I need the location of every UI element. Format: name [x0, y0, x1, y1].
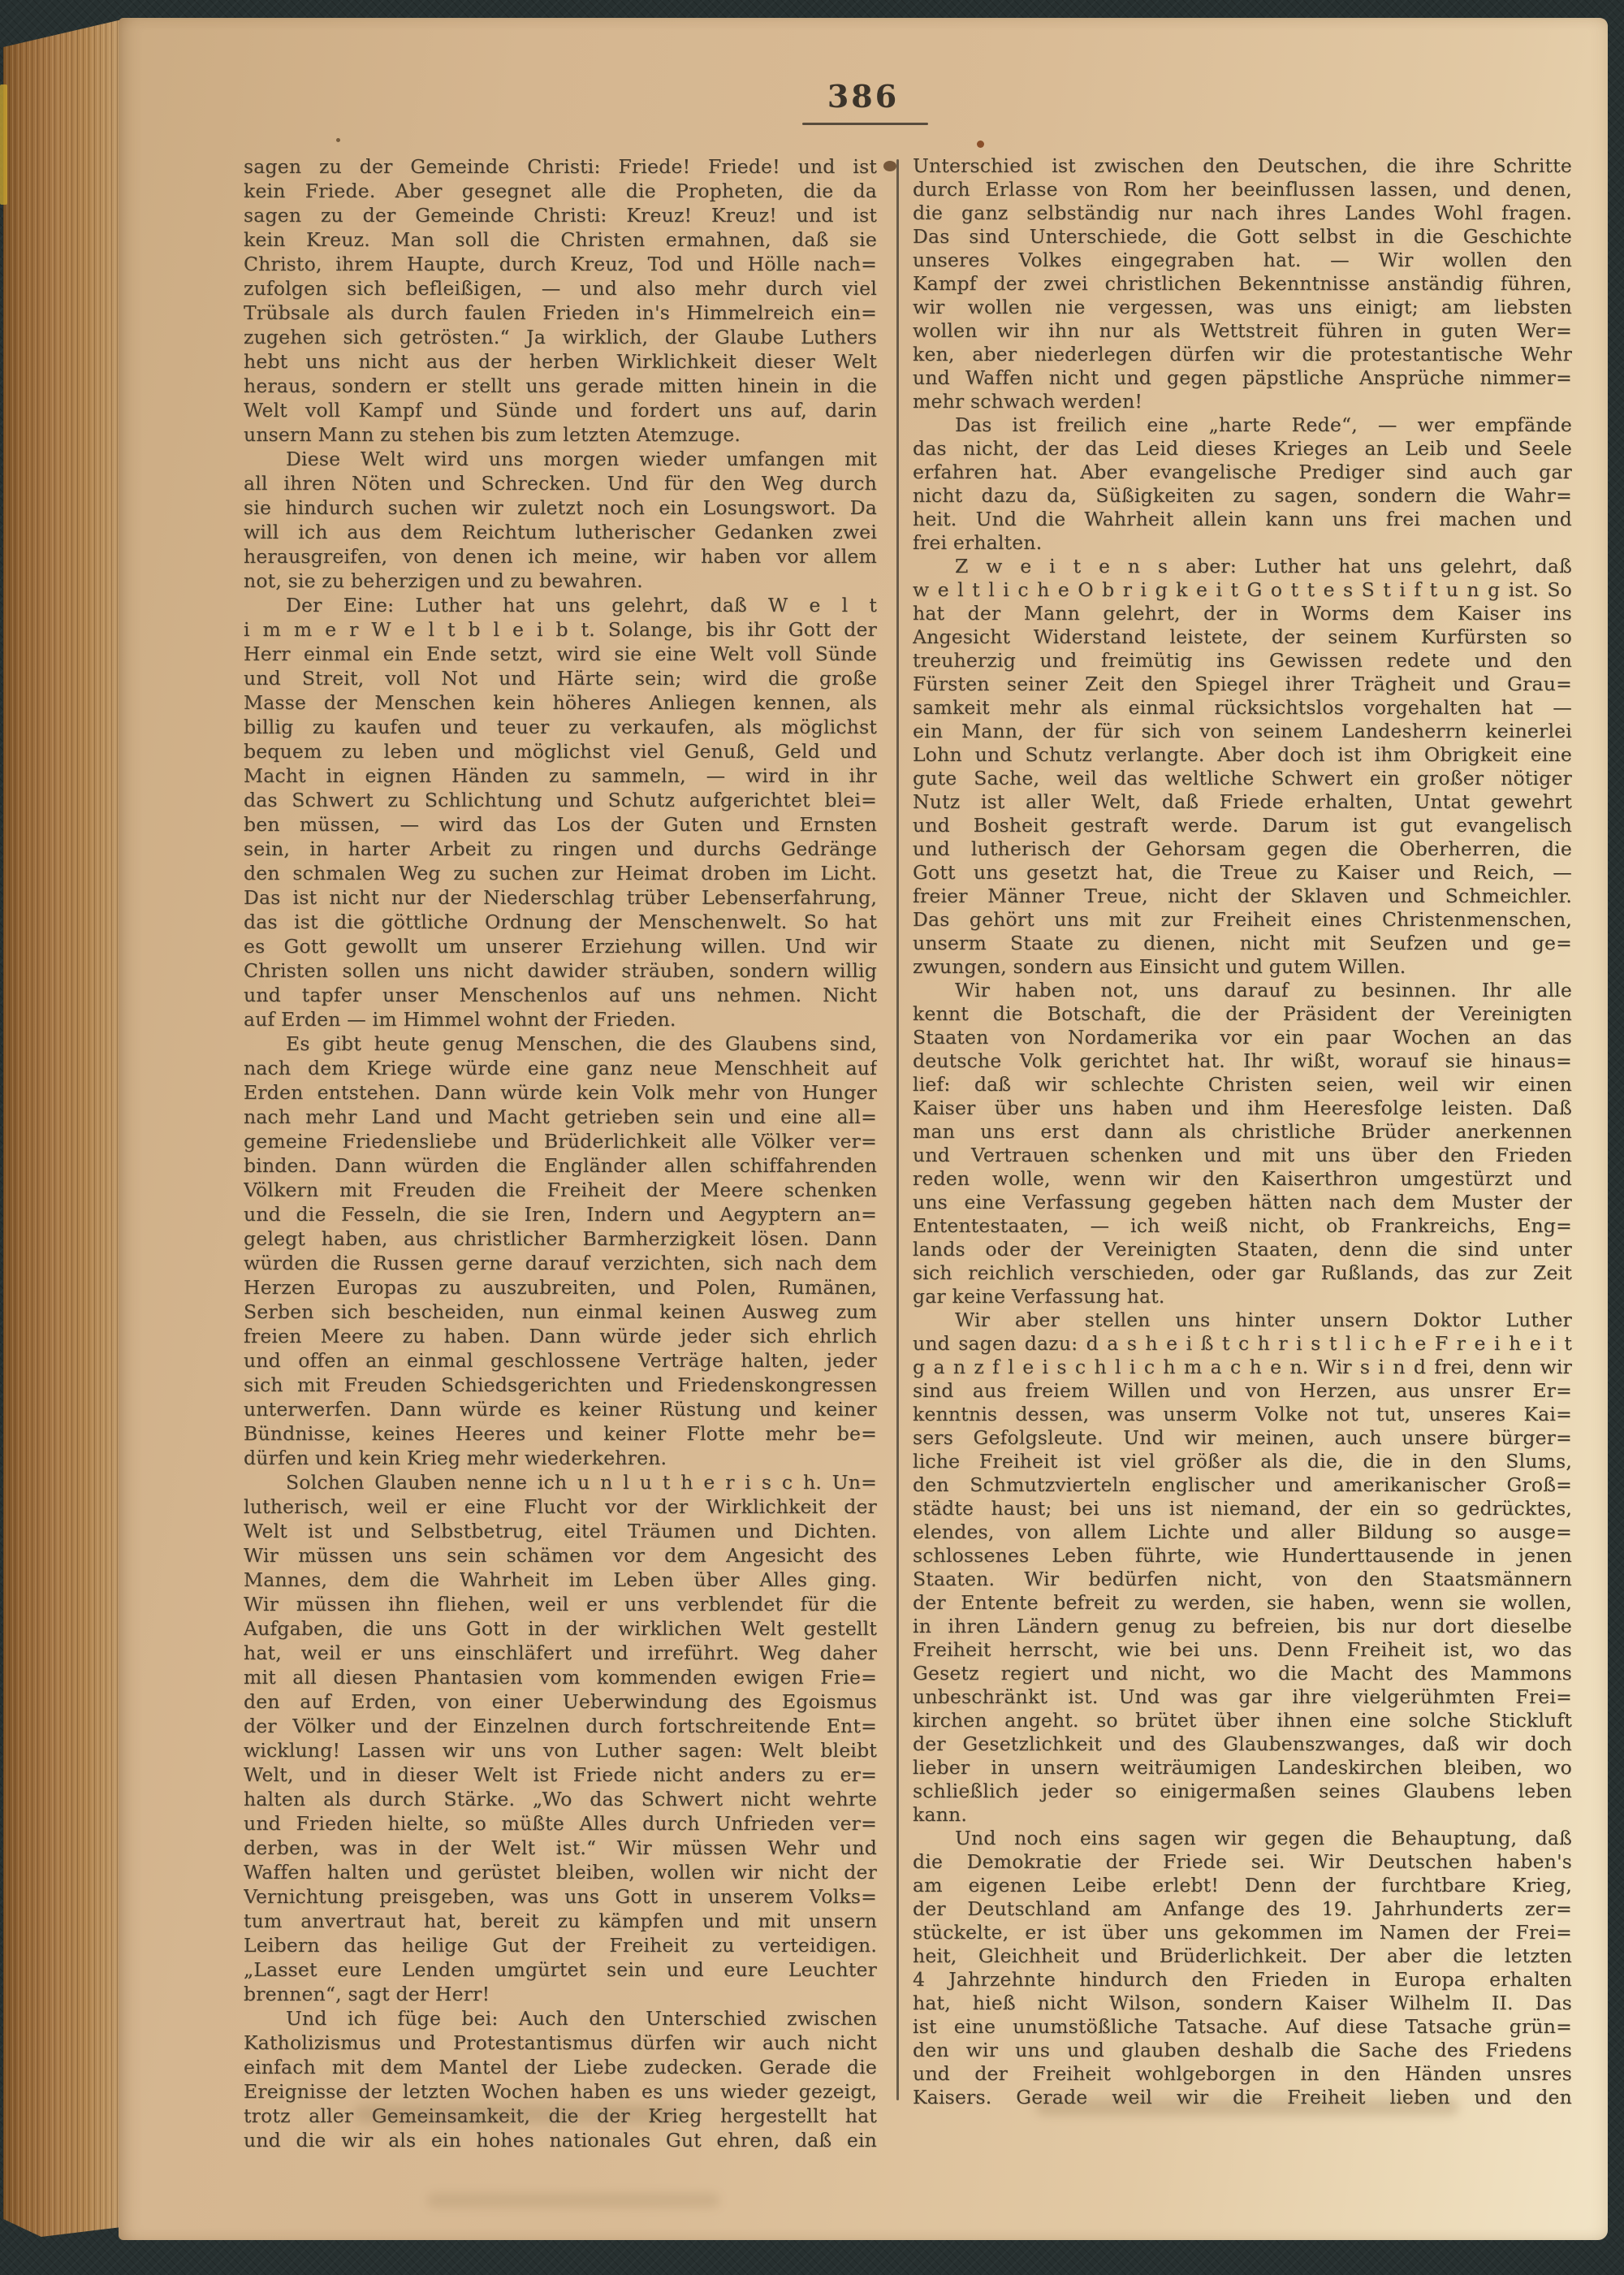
text-line: Das gehört uns mit zur Freiheit eines Ch… [913, 908, 1572, 932]
text-line: Waffen halten und gerüstet bleiben, woll… [244, 1860, 877, 1884]
text-line: Katholizismus und Protestantismus dürfen… [244, 2031, 877, 2055]
text-line: würden die Russen gerne darauf verzichte… [244, 1251, 877, 1275]
text-line: Kampf der zwei christlichen Bekenntnisse… [913, 272, 1572, 296]
text-line: gelegt haben, aus christlicher Barmherzi… [244, 1226, 877, 1251]
text-line: Herzen Europas zu auszubreiten, und Pole… [244, 1275, 877, 1300]
text-line: derben, was in der Welt ist.“ Wir müssen… [244, 1836, 877, 1860]
text-line: unterwerfen. Dann würde es keiner Rüstun… [244, 1397, 877, 1421]
text-line: Völkern mit Freuden die Freiheit der Mee… [244, 1178, 877, 1202]
dust-speck [336, 138, 340, 142]
text-line: gemeine Friedensliebe und Brüderlichkeit… [244, 1129, 877, 1153]
text-line: zwungen, sondern aus Einsicht und gutem … [913, 955, 1572, 979]
text-line: kennt die Botschaft, die der Präsident d… [913, 1002, 1572, 1026]
text-line: hat der Mann gelehrt, der in Worms dem K… [913, 602, 1572, 625]
text-line: unbeschränkt ist. Und was gar ihre vielg… [913, 1685, 1572, 1709]
show-through-smudge [427, 2193, 719, 2208]
text-line: am eigenen Leibe erlebt! Denn der furcht… [913, 1874, 1572, 1897]
text-line: und der Freiheit wohlgeborgen in den Hän… [913, 2062, 1572, 2086]
text-line: heit, Gleichheit und Brüderlichkeit. Der… [913, 1944, 1572, 1968]
text-line: kein Kreuz. Man soll die Christen ermahn… [244, 227, 877, 252]
text-line: Ententestaaten, — ich weiß nicht, ob Fra… [913, 1214, 1572, 1238]
text-line: sagen zu der Gemeinde Christi: Friede! F… [244, 154, 877, 179]
text-line: Freiheit herrscht, wie bei uns. Denn Fre… [913, 1638, 1572, 1662]
text-line: nach mehr Land und Macht getrieben sein … [244, 1105, 877, 1129]
text-line: der Völker und der Einzelnen durch forts… [244, 1714, 877, 1738]
text-line: reden wolle, wenn wir den Kaiserthron um… [913, 1167, 1572, 1191]
text-line: tum anvertraut hat, bereit zu kämpfen un… [244, 1909, 877, 1933]
text-line: Macht in eignen Händen zu sammeln, — wir… [244, 763, 877, 788]
text-line: Christen sollen uns nicht dawider sträub… [244, 958, 877, 983]
text-line: und die Fesseln, die sie Iren, Indern un… [244, 1202, 877, 1226]
text-line: Bündnisse, keines Heeres und keiner Flot… [244, 1421, 877, 1446]
text-line: binden. Dann würden die Engländer allen … [244, 1153, 877, 1178]
text-line: sie hindurch suchen wir zuletzt noch ein… [244, 495, 877, 520]
text-line: „Lasset eure Lenden umgürtet sein und eu… [244, 1957, 877, 1982]
text-line: hat, weil er uns einschläfert und irrefü… [244, 1641, 877, 1665]
page-number-rule [802, 123, 928, 125]
text-line: wir wollen nie vergessen, was uns einigt… [913, 296, 1572, 319]
text-line: Wir müssen ihn fliehen, weil er uns verb… [244, 1592, 877, 1616]
text-line: uns eine Verfassung gegeben hätten nach … [913, 1191, 1572, 1214]
book-page-edge-stack [3, 19, 122, 2242]
text-line: auf Erden — im Himmel wohnt der Frieden. [244, 1007, 877, 1032]
text-line: einfach mit dem Mantel der Liebe zudecke… [244, 2055, 877, 2079]
left-column: sagen zu der Gemeinde Christi: Friede! F… [244, 154, 877, 2152]
text-line: Das sind Unterschiede, die Gott selbst i… [913, 225, 1572, 249]
text-line: die Demokratie der Friede sei. Wir Deuts… [913, 1850, 1572, 1874]
text-line: man uns erst dann als christliche Brüder… [913, 1120, 1572, 1144]
text-line: und Frieden hielte, so müßte Alles durch… [244, 1811, 877, 1836]
right-column: Unterschied ist zwischen den Deutschen, … [913, 154, 1572, 2109]
text-line: das ist die göttliche Ordnung der Mensch… [244, 910, 877, 934]
text-line: Das ist freilich eine „harte Rede“, — we… [913, 413, 1572, 437]
text-line: freier Männer Treue, nicht der Sklaven u… [913, 884, 1572, 908]
text-line: ist eine unumstößliche Tatsache. Auf die… [913, 2015, 1572, 2039]
text-line: ben müssen, — wird das Los der Guten und… [244, 812, 877, 837]
text-line: i m m e r W e l t b l e i b t. Solange, … [244, 617, 877, 642]
text-line: Unterschied ist zwischen den Deutschen, … [913, 154, 1572, 178]
text-line: städte haust; bei uns ist niemand, der e… [913, 1497, 1572, 1520]
text-line: den Schmutzvierteln englischer und ameri… [913, 1473, 1572, 1497]
text-line: Mannes, dem die Wahrheit im Leben über A… [244, 1568, 877, 1592]
text-line: es Gott gewollt um unserer Erziehung wil… [244, 934, 877, 958]
text-line: not, sie zu beherzigen und zu bewahren. [244, 569, 877, 593]
text-line: Welt, und in dieser Welt ist Friede nich… [244, 1762, 877, 1787]
text-line: Wir aber stellen uns hinter unsern Dokto… [913, 1308, 1572, 1332]
text-line: kirchen angeht. so brütet über ihnen ein… [913, 1709, 1572, 1732]
text-line: hat, hieß nicht Wilson, sondern Kaiser W… [913, 1992, 1572, 2015]
text-line: das nicht, der das Leid dieses Krieges a… [913, 437, 1572, 461]
text-line: Welt ist und Selbstbetrug, eitel Träumen… [244, 1519, 877, 1543]
text-line: Gott uns gesetzt hat, die Treue zu Kaise… [913, 861, 1572, 884]
text-line: in ihren Ländern genug zu befreien, bis … [913, 1615, 1572, 1638]
text-line: halten als durch Stärke. „Wo das Schwert… [244, 1787, 877, 1811]
text-line: Angesicht Widerstand leistete, der seine… [913, 625, 1572, 649]
text-line: Staaten von Nordamerika vor ein paar Woc… [913, 1026, 1572, 1049]
text-line: nach dem Kriege würde eine ganz neue Men… [244, 1056, 877, 1080]
text-line: kann. [913, 1803, 1572, 1827]
text-line: und Waffen nicht und gegen päpstliche An… [913, 366, 1572, 390]
dust-speck [977, 141, 984, 148]
text-line: Solchen Glauben nenne ich u n l u t h e … [244, 1470, 877, 1494]
text-line: Aufgaben, die uns Gott in der wirklichen… [244, 1616, 877, 1641]
text-line: lutherisch, weil er eine Flucht vor der … [244, 1494, 877, 1519]
text-line: und lutherisch der Gehorsam gegen die Ob… [913, 837, 1572, 861]
text-line: der Gesetzlichkeit und des Glaubenszwang… [913, 1732, 1572, 1756]
column-divider-rule [896, 159, 899, 2100]
text-line: Wir haben not, uns darauf zu besinnen. I… [913, 979, 1572, 1002]
text-line: und Bosheit gestraft werde. Darum ist gu… [913, 814, 1572, 837]
text-line: Es gibt heute genug Menschen, die des Gl… [244, 1032, 877, 1056]
text-line: hebt uns nicht aus der herben Wirklichke… [244, 349, 877, 374]
text-line: lieber in unsern weiträumigen Landeskirc… [913, 1756, 1572, 1780]
text-line: elendes, von allem Lichte und aller Bild… [913, 1520, 1572, 1544]
text-line: treuherzig und freimütig ins Gewissen re… [913, 649, 1572, 673]
text-line: Trübsale als durch faulen Frieden in's H… [244, 301, 877, 325]
text-line: billig zu kaufen und teuer zu verkaufen,… [244, 715, 877, 739]
text-line: liche Freiheit ist viel größer als die, … [913, 1450, 1572, 1473]
text-line: Herr einmal ein Ende setzt, wird sie ein… [244, 642, 877, 666]
text-line: kein Friede. Aber gesegnet alle die Prop… [244, 179, 877, 203]
text-line: Ereignisse der letzten Wochen haben es u… [244, 2079, 877, 2104]
text-line: lands oder der Vereinigten Staaten, denn… [913, 1238, 1572, 1261]
page-number: 386 [782, 78, 944, 117]
text-line: Und ich füge bei: Auch den Unterschied z… [244, 2006, 877, 2031]
text-line: lief: daß wir schlechte Christen seien, … [913, 1073, 1572, 1096]
text-line: w e l t l i c h e O b r i g k e i t G o … [913, 578, 1572, 602]
text-line: erfahren hat. Aber evangelische Prediger… [913, 461, 1572, 484]
text-line: die ganz selbständig nur nach ihres Land… [913, 201, 1572, 225]
text-line: der Deutschland am Anfange des 19. Jahrh… [913, 1897, 1572, 1921]
text-line: brennen“, sagt der Herr! [244, 1982, 877, 2006]
text-line: sagen zu der Gemeinde Christi: Kreuz! Kr… [244, 203, 877, 227]
text-line: stückelte, er ist über uns gekommen im N… [913, 1921, 1572, 1944]
text-line: herausgreifen, von denen ich meine, wir … [244, 544, 877, 569]
text-line: Diese Welt wird uns morgen wieder umfang… [244, 447, 877, 471]
text-line: unserm Staate zu dienen, nicht mit Seufz… [913, 932, 1572, 955]
text-line: Masse der Menschen kein höheres Anliegen… [244, 690, 877, 715]
text-line: und tapfer unser Menschenlos auf uns neh… [244, 983, 877, 1007]
text-line: will ich aus dem Reichtum lutherischer G… [244, 520, 877, 544]
text-line: wollen wir ihn nur als Wettstreit führen… [913, 319, 1572, 343]
text-line: den schmalen Weg zu suchen zur Heimat dr… [244, 861, 877, 885]
text-line: Gesetz regiert und nicht, wo die Macht d… [913, 1662, 1572, 1685]
text-line: Und noch eins sagen wir gegen die Behaup… [913, 1827, 1572, 1850]
text-line: Welt voll Kampf und Sünde und fordert un… [244, 398, 877, 422]
text-line: der Entente befreit zu werden, sie haben… [913, 1591, 1572, 1615]
text-line: und sagen dazu: d a s h e i ß t c h r i … [913, 1332, 1572, 1356]
text-line: Wir müssen uns sein schämen vor dem Ange… [244, 1543, 877, 1568]
text-line: zufolgen sich befleißigen, — und also me… [244, 276, 877, 301]
text-line: ken, aber niederlegen dürfen wir die pro… [913, 343, 1572, 366]
text-line: durch Erlasse von Rom her beeinflussen l… [913, 178, 1572, 201]
text-line: sich reichlich verschieden, oder gar Ruß… [913, 1261, 1572, 1285]
text-line: Leibern das heilige Gut der Freiheit zu … [244, 1933, 877, 1957]
text-line: mehr schwach werden! [913, 390, 1572, 413]
text-line: und Vertrauen schenken und mit uns über … [913, 1144, 1572, 1167]
text-line: gute Sache, weil das weltliche Schwert e… [913, 767, 1572, 790]
text-line: Der Eine: Luther hat uns gelehrt, daß W … [244, 593, 877, 617]
text-line: sich mit Freuden Schiedsgerichten und Fr… [244, 1373, 877, 1397]
text-line: den wir uns und glauben deshalb die Sach… [913, 2039, 1572, 2062]
text-line: Erden entstehen. Dann würde kein Volk me… [244, 1080, 877, 1105]
text-line: dürfen und kein Krieg mehr wiederkehren. [244, 1446, 877, 1470]
text-line: unsern Mann zu stehen bis zum letzten At… [244, 422, 877, 447]
text-line: samkeit mehr als einmal rücksichtslos vo… [913, 696, 1572, 720]
text-line: kenntnis dessen, was unserm Volke not tu… [913, 1403, 1572, 1426]
text-line: heraus, sondern er stellt uns gerade mit… [244, 374, 877, 398]
text-line: Kaisers. Gerade weil wir die Freiheit li… [913, 2086, 1572, 2109]
text-line: ein Mann, der für sich von seinem Landes… [913, 720, 1572, 743]
text-line: schließlich jeder so einigermaßen seines… [913, 1780, 1572, 1803]
text-line: 4 Jahrzehnte hindurch den Frieden in Eur… [913, 1968, 1572, 1992]
text-line: sein, in harter Arbeit zu ringen und dur… [244, 837, 877, 861]
text-line: all ihren Nöten und Schrecken. Und für d… [244, 471, 877, 495]
text-line: mit all diesen Phantasien vom kommenden … [244, 1665, 877, 1689]
text-line: den auf Erden, von einer Ueberwindung de… [244, 1689, 877, 1714]
text-line: gar keine Verfassung hat. [913, 1285, 1572, 1308]
text-line: und offen an einmal geschlossene Verträg… [244, 1348, 877, 1373]
text-line: nicht dazu da, Süßigkeiten zu sagen, son… [913, 484, 1572, 508]
text-line: Lohn und Schutz verlangte. Aber doch ist… [913, 743, 1572, 767]
text-line: g a n z f l e i s c h l i c h m a c h e … [913, 1356, 1572, 1379]
text-line: Kaiser über uns haben und ihm Heeresfolg… [913, 1096, 1572, 1120]
text-line: bequem zu leben und möglichst viel Genuß… [244, 739, 877, 763]
text-line: freien Meere zu haben. Dann würde jeder … [244, 1324, 877, 1348]
text-line: unseres Volkes eingegraben hat. — Wir wo… [913, 249, 1572, 272]
text-line: sers Gefolgsleute. Und wir meinen, auch … [913, 1426, 1572, 1450]
text-line: Z w e i t e n s aber: Luther hat uns gel… [913, 555, 1572, 578]
text-line: und Streit, voll Not und Härte sein; wir… [244, 666, 877, 690]
text-line: Vernichtung preisgeben, was uns Gott in … [244, 1884, 877, 1909]
text-line: zugehen sich getrösten.“ Ja wirklich, de… [244, 325, 877, 349]
text-line: Staaten. Wir bedürfen nicht, von den Sta… [913, 1568, 1572, 1591]
text-line: und die wir als ein hohes nationales Gut… [244, 2128, 877, 2152]
text-line: trotz aller Gemeinsamkeit, die der Krieg… [244, 2104, 877, 2128]
binding-yellow-edge [0, 84, 7, 205]
text-line: Das ist nicht nur der Niederschlag trübe… [244, 885, 877, 910]
text-line: deutsche Volk gerichtet hat. Ihr wißt, w… [913, 1049, 1572, 1073]
text-line: Christo, ihrem Haupte, durch Kreuz, Tod … [244, 252, 877, 276]
text-line: sind aus freiem Willen und von Herzen, a… [913, 1379, 1572, 1403]
text-line: schlossenes Leben führte, wie Hunderttau… [913, 1544, 1572, 1568]
text-line: Fürsten seiner Zeit den Spiegel ihrer Tr… [913, 673, 1572, 696]
text-line: Nutz ist aller Welt, daß Friede erhalten… [913, 790, 1572, 814]
text-line: frei erhalten. [913, 531, 1572, 555]
text-line: das Schwert zu Schlichtung und Schutz au… [244, 788, 877, 812]
text-line: heit. Und die Wahrheit allein kann uns f… [913, 508, 1572, 531]
text-line: Serben sich bescheiden, nun einmal keine… [244, 1300, 877, 1324]
ink-blot [883, 161, 896, 171]
text-line: wicklung! Lassen wir uns von Luther sage… [244, 1738, 877, 1762]
